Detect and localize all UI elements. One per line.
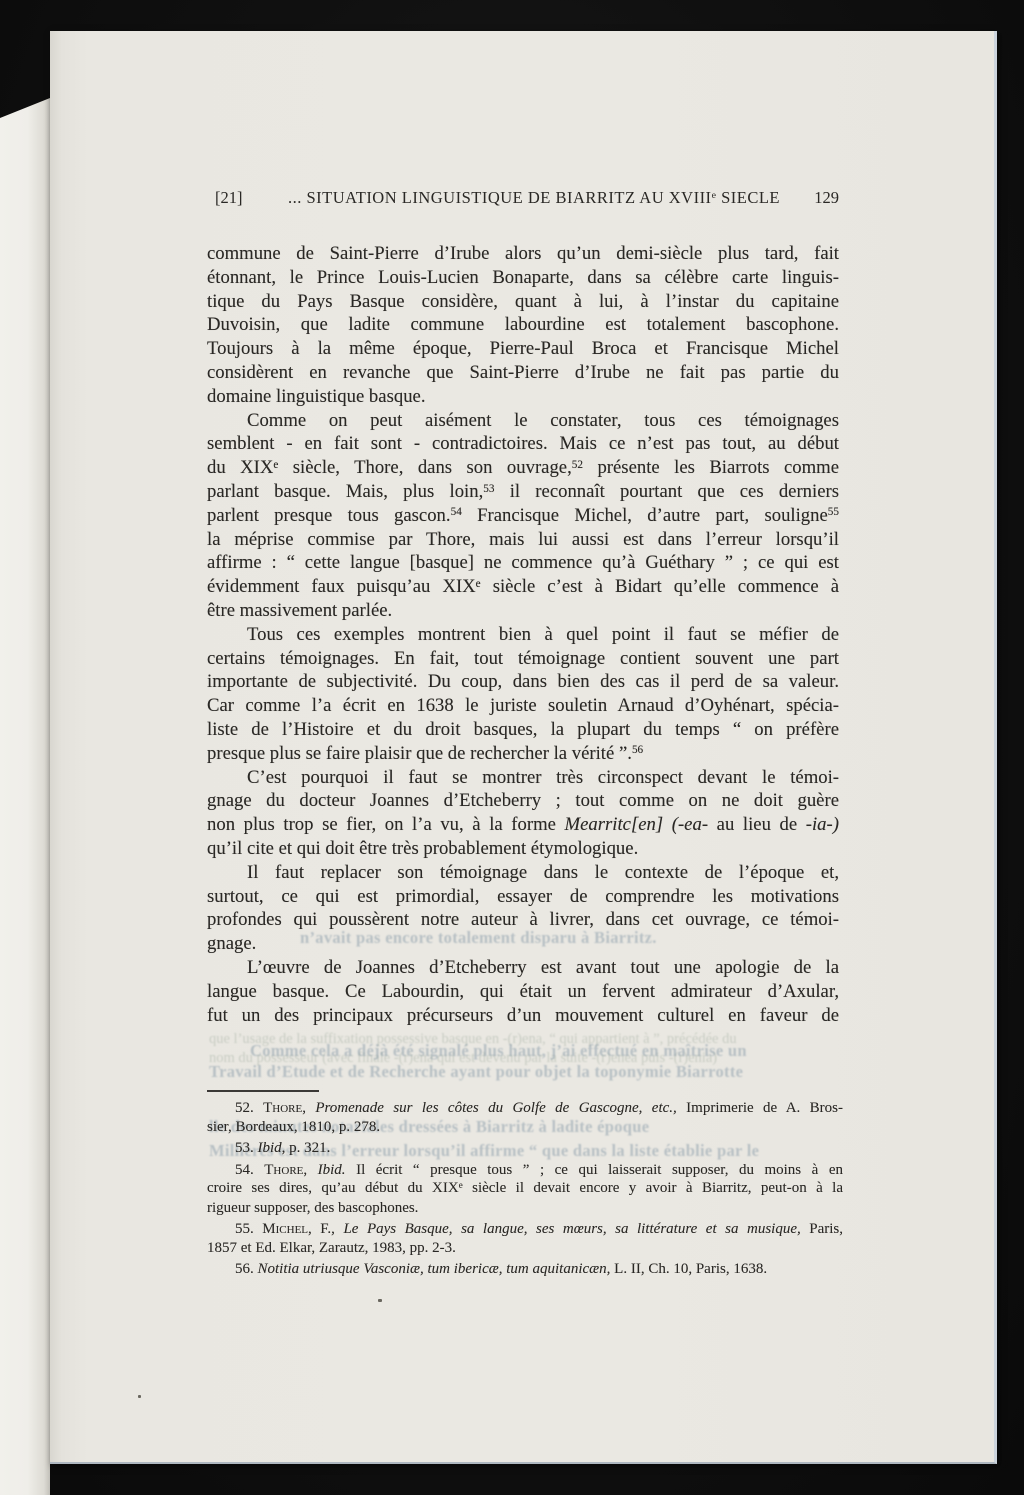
footnote: 54. Thore, Ibid. Il écrit “ presque tous… xyxy=(207,1161,843,1218)
ghost-text-line: Comme cela a déjà été signalé plus haut,… xyxy=(250,1041,747,1061)
text-line: tique du Pays Basque considère, quant à … xyxy=(207,290,839,314)
footnote: 55. Michel, F., Le Pays Basque, sa langu… xyxy=(207,1220,843,1257)
text-line: surtout, ce qui est primordial, essayer … xyxy=(207,885,839,909)
text-line: C’est pourquoi il faut se montrer très c… xyxy=(207,766,839,790)
footnote-line: 56. Notitia utriusque Vasconiæ, tum iber… xyxy=(207,1260,843,1279)
text-line: Il faut replacer son témoignage dans le … xyxy=(207,861,839,885)
text-line: Toujours à la même époque, Pierre-Paul B… xyxy=(207,337,839,361)
text-line: considèrent en revanche que Saint-Pierre… xyxy=(207,361,839,385)
text-line: Duvoisin, que ladite commune labourdine … xyxy=(207,313,839,337)
footnote: 52. Thore, Promenade sur les côtes du Go… xyxy=(207,1099,843,1136)
book-page: n’avait pas encore totalement disparu à … xyxy=(50,31,997,1464)
ghost-text-line: nom du possesseur (avec finale -(r)ena q… xyxy=(209,1050,717,1067)
paper-speck xyxy=(378,1299,382,1302)
footnotes: 52. Thore, Promenade sur les côtes du Go… xyxy=(207,1099,843,1282)
facing-page-edge xyxy=(0,98,50,1495)
text-line: Comme on peut aisément le constater, tou… xyxy=(207,409,839,433)
text-line: parlent presque tous gascon.54 Francisqu… xyxy=(207,504,839,528)
footnote-separator xyxy=(207,1090,319,1092)
footnote-line: rigueur supposer, des bascophones. xyxy=(207,1199,843,1218)
footnote: 53. Ibid, p. 321. xyxy=(207,1139,843,1158)
page-number: 129 xyxy=(781,188,839,208)
footnote-line: 53. Ibid, p. 321. xyxy=(207,1139,843,1158)
text-line: Car comme l’a écrit en 1638 le juriste s… xyxy=(207,694,839,718)
text-line: liste de l’Histoire et du droit basques,… xyxy=(207,718,839,742)
text-line: non plus trop se fier, on l’a vu, à la f… xyxy=(207,813,839,837)
text-line: langue basque. Ce Labourdin, qui était u… xyxy=(207,980,839,1004)
text-line: la méprise commise par Thore, mais lui a… xyxy=(207,528,839,552)
text-line: L’œuvre de Joannes d’Etcheberry est avan… xyxy=(207,956,839,980)
text-line: évidemment faux puisqu’au XIXe siècle c’… xyxy=(207,575,839,599)
text-line: domaine linguistique basque. xyxy=(207,385,839,409)
text-line: du XIXe siècle, Thore, dans son ouvrage,… xyxy=(207,456,839,480)
text-line: presque plus se faire plaisir que de rec… xyxy=(207,742,839,766)
footnote-line: 1857 et Ed. Elkar, Zarautz, 1983, pp. 2-… xyxy=(207,1239,843,1258)
ghost-text-line: que l’usage de la suffixation possessive… xyxy=(209,1031,737,1048)
footnote-line: sier, Bordeaux, 1810, p. 278. xyxy=(207,1118,843,1137)
text-line: qu’il cite et qui doit être très probabl… xyxy=(207,837,839,861)
footnote-line: 54. Thore, Ibid. Il écrit “ presque tous… xyxy=(207,1161,843,1180)
text-line: importante de subjectivité. Du coup, dan… xyxy=(207,670,839,694)
scan-background: n’avait pas encore totalement disparu à … xyxy=(0,0,1024,1495)
text-line: étonnant, le Prince Louis-Lucien Bonapar… xyxy=(207,266,839,290)
footnote-line: 52. Thore, Promenade sur les côtes du Go… xyxy=(207,1099,843,1118)
page-header: [21] ... SITUATION LINGUISTIQUE DE BIARR… xyxy=(207,188,839,208)
text-line: affirme : “ cette langue [basque] ne com… xyxy=(207,551,839,575)
text-line: certains témoignages. En fait, tout témo… xyxy=(207,647,839,671)
text-line: gnage du docteur Joannes d’Etcheberry ; … xyxy=(207,789,839,813)
text-line: commune de Saint-Pierre d’Irube alors qu… xyxy=(207,242,839,266)
body-text: commune de Saint-Pierre d’Irube alors qu… xyxy=(207,242,839,1027)
footnote-line: croire ses dires, qu’au début du XIXe si… xyxy=(207,1179,843,1199)
footnote-line: 55. Michel, F., Le Pays Basque, sa langu… xyxy=(207,1220,843,1239)
text-line: profondes qui poussèrent notre auteur à … xyxy=(207,908,839,932)
footnote: 56. Notitia utriusque Vasconiæ, tum iber… xyxy=(207,1260,843,1279)
text-line: semblent - en fait sont - contradictoire… xyxy=(207,432,839,456)
text-line: parlant basque. Mais, plus loin,53 il re… xyxy=(207,480,839,504)
text-line: gnage. xyxy=(207,932,839,956)
text-line: être massivement parlée. xyxy=(207,599,839,623)
text-line: Tous ces exemples montrent bien à quel p… xyxy=(207,623,839,647)
text-line: fut un des principaux précurseurs d’un m… xyxy=(207,1004,839,1028)
header-section-number: [21] xyxy=(207,188,287,208)
ghost-text-line: Travail d’Etude et de Recherche ayant po… xyxy=(209,1062,743,1082)
running-title: ... SITUATION LINGUISTIQUE DE BIARRITZ A… xyxy=(287,188,781,208)
paper-speck xyxy=(138,1395,141,1398)
